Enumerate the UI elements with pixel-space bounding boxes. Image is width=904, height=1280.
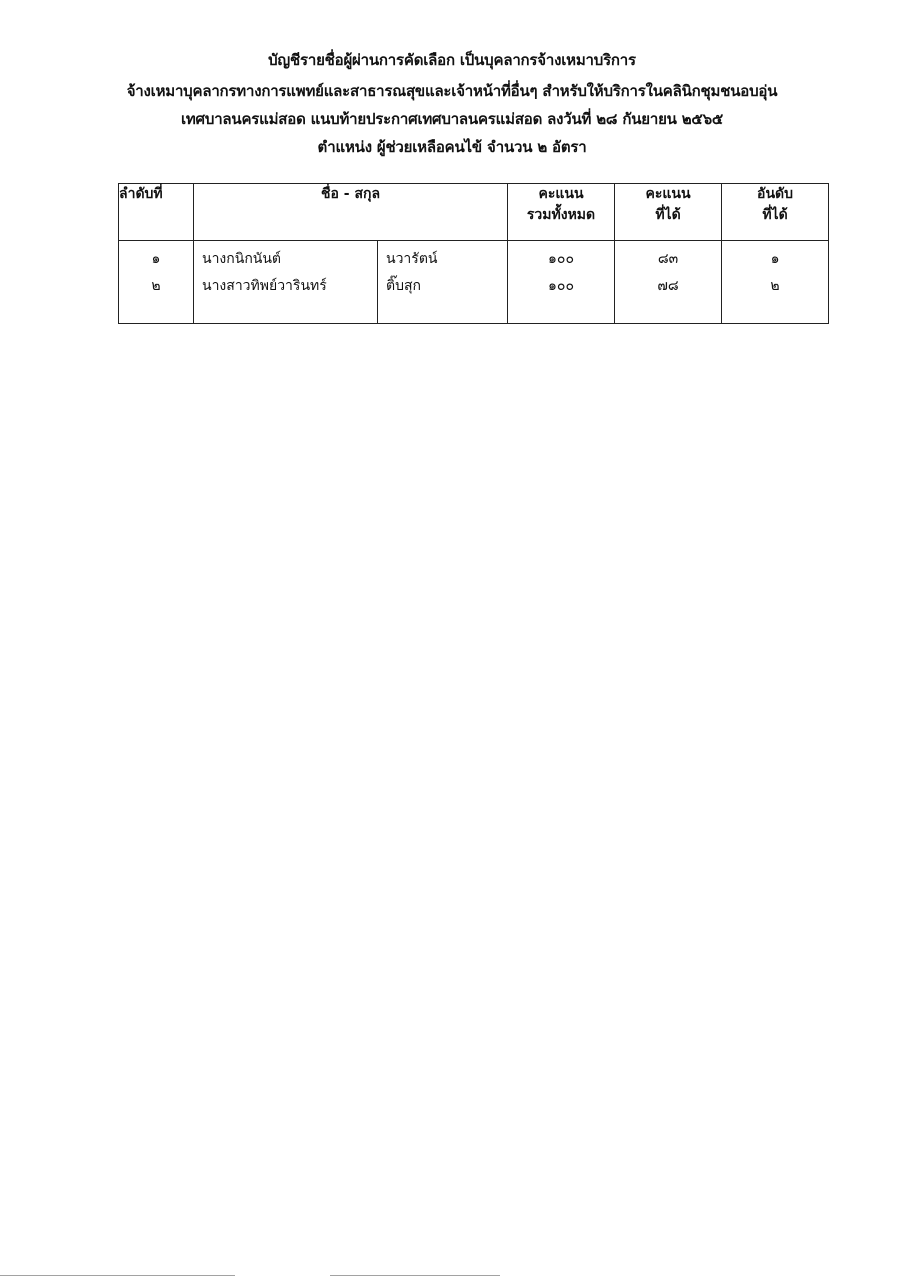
header-rank: อันดับ ที่ได้	[722, 184, 829, 241]
table-cell-first-name: นางสาวทิพย์วารินทร์	[202, 273, 377, 300]
document-title-line-3: เทศบาลนครแม่สอด แนบท้ายประกาศเทศบาลนครแม…	[0, 109, 904, 129]
column-rank: ๑ ๒	[722, 241, 829, 324]
table-cell-first-name: นางกนิกนันต์	[202, 246, 377, 273]
header-score-line2: ที่ได้	[615, 205, 721, 226]
document-title-line-2: จ้างเหมาบุคลากรทางการแพทย์และสาธารณสุขแล…	[0, 81, 904, 101]
table-cell-score: ๘๓	[615, 246, 721, 273]
position-line: ตำแหน่ง ผู้ช่วยเหลือคนไข้ จำนวน ๒ อัตรา	[0, 137, 904, 157]
header-no: ลำดับที่	[119, 184, 194, 241]
table-cell-no: ๒	[119, 273, 193, 300]
header-total-score: คะแนน รวมทั้งหมด	[508, 184, 615, 241]
column-total-score: ๑๐๐ ๑๐๐	[508, 241, 615, 324]
column-score: ๘๓ ๗๘	[615, 241, 722, 324]
header-total-score-line1: คะแนน	[508, 184, 614, 205]
table-cell-total-score: ๑๐๐	[508, 273, 614, 300]
table-cell-rank: ๑	[722, 246, 828, 273]
scan-artifact-line	[0, 1275, 235, 1276]
table-body-row: ๑ ๒ นางกนิกนันต์ นางสาวทิพย์วารินทร์ นวา…	[119, 241, 829, 324]
table-cell-total-score: ๑๐๐	[508, 246, 614, 273]
header-score-line1: คะแนน	[615, 184, 721, 205]
header-rank-line1: อันดับ	[722, 184, 828, 205]
header-rank-line2: ที่ได้	[722, 205, 828, 226]
column-last-name: นวารัตน์ ติ๊บสุก	[378, 241, 508, 324]
table-cell-score: ๗๘	[615, 273, 721, 300]
table-header-row: ลำดับที่ ชื่อ - สกุล คะแนน รวมทั้งหมด คะ…	[119, 184, 829, 241]
header-score: คะแนน ที่ได้	[615, 184, 722, 241]
table-cell-rank: ๒	[722, 273, 828, 300]
header-total-score-line2: รวมทั้งหมด	[508, 205, 614, 226]
document-title-line-1: บัญชีรายชื่อผู้ผ่านการคัดเลือก เป็นบุคลา…	[0, 50, 904, 70]
header-name: ชื่อ - สกุล	[194, 184, 508, 241]
candidate-table: ลำดับที่ ชื่อ - สกุล คะแนน รวมทั้งหมด คะ…	[118, 183, 829, 324]
column-no: ๑ ๒	[119, 241, 194, 324]
table-cell-last-name: ติ๊บสุก	[386, 273, 507, 300]
table-cell-last-name: นวารัตน์	[386, 246, 507, 273]
scan-artifact-line	[330, 1275, 500, 1276]
column-first-name: นางกนิกนันต์ นางสาวทิพย์วารินทร์	[194, 241, 378, 324]
table-cell-no: ๑	[119, 246, 193, 273]
